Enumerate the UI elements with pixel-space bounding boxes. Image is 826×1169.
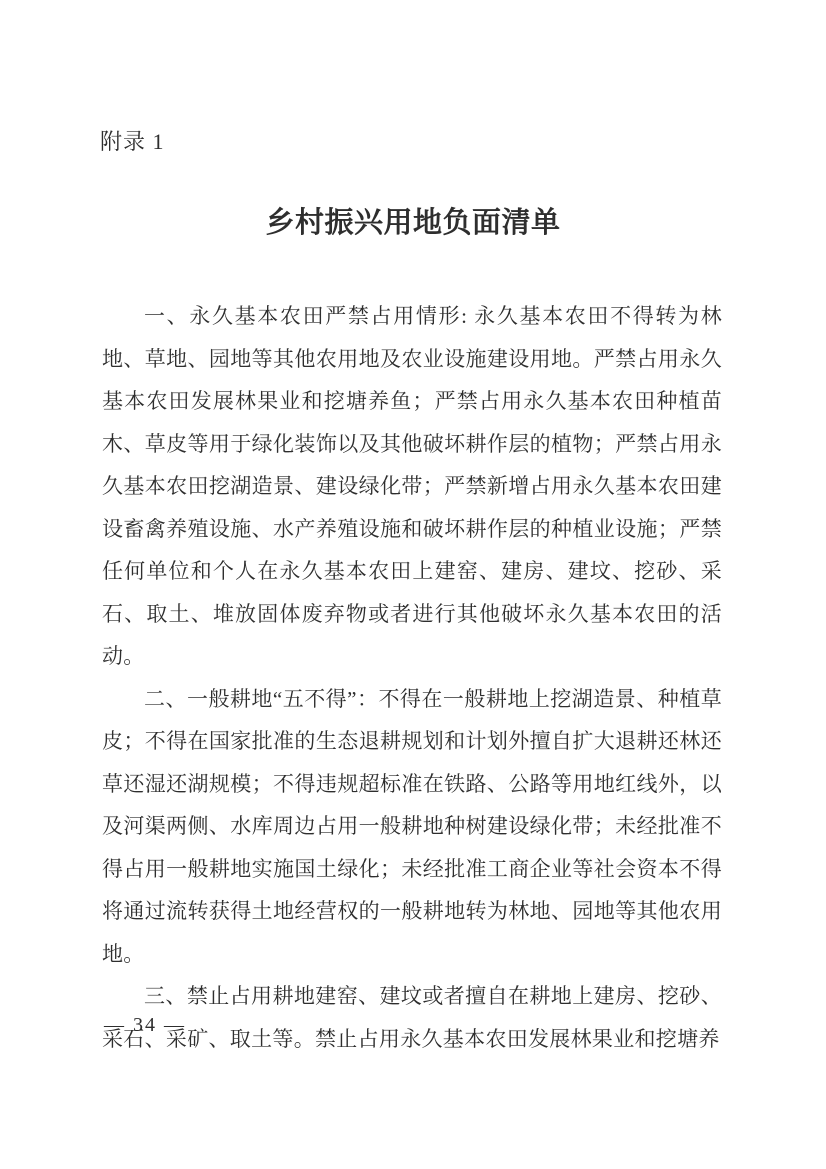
appendix-label: 附录 1 [100, 128, 165, 156]
document-body: 一、永久基本农田严禁占用情形: 永久基本农田不得转为林地、草地、园地等其他农用地… [102, 295, 722, 1060]
page-title: 乡村振兴用地负面清单 [0, 200, 826, 241]
page-number: — 34 — [104, 1012, 186, 1038]
document-page: 附录 1 乡村振兴用地负面清单 一、永久基本农田严禁占用情形: 永久基本农田不得… [0, 0, 826, 1169]
paragraph-permanent-farmland: 一、永久基本农田严禁占用情形: 永久基本农田不得转为林地、草地、园地等其他农用地… [102, 295, 722, 678]
paragraph-general-farmland-five-prohibitions: 二、一般耕地“五不得”：不得在一般耕地上挖湖造景、种植草皮；不得在国家批准的生态… [102, 678, 722, 976]
paragraph-prohibited-occupation: 三、禁止占用耕地建窑、建坟或者擅自在耕地上建房、挖砂、采石、采矿、取土等。禁止占… [102, 975, 722, 1060]
